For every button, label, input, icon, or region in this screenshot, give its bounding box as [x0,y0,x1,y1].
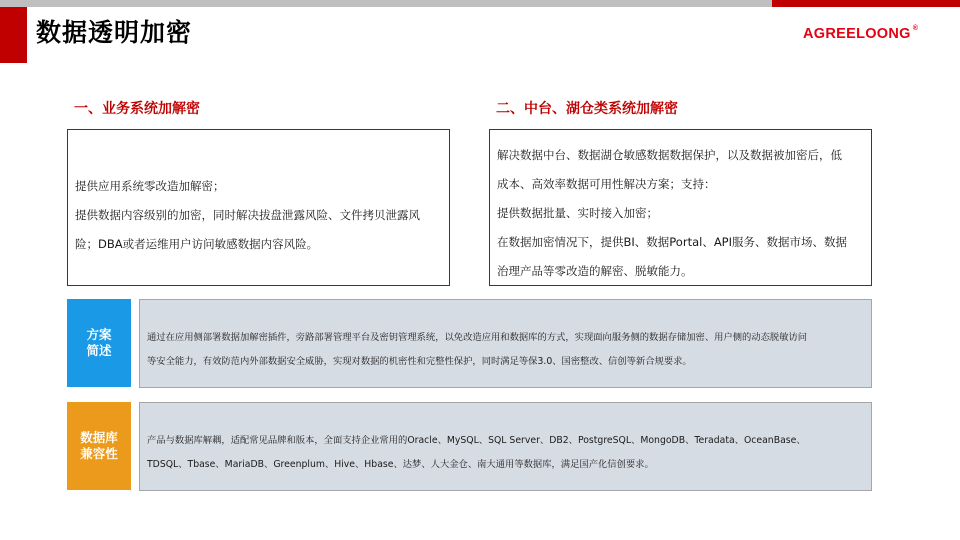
section-title-datalake: 二、中台、湖仓类系统加解密 [496,98,678,118]
brand-logo: AGREELOONG® [803,26,918,42]
datalake-line-2: 成本、高效率数据可用性解决方案；支持： [497,170,865,199]
top-bar-red [772,0,960,7]
business-encryption-box: 提供应用系统零改造加解密； 提供数据内容级别的加密，同时解决拔盘泄露风险、文件拷… [67,129,450,286]
db-compatibility-box: 产品与数据库解耦，适配常见品牌和版本，全面支持企业常用的Oracle、MySQL… [139,402,872,491]
datalake-line-5: 治理产品等零改造的解密、脱敏能力。 [497,257,865,286]
business-line-3: 险；DBA或者运维用户访问敏感数据内容风险。 [75,230,443,259]
tag-line: 数据库 [80,430,118,446]
solution-summary-tag: 方案 简述 [67,299,131,387]
datalake-line-3: 提供数据批量、实时接入加密； [497,199,865,228]
title-accent-block [0,7,27,63]
datalake-encryption-box: 解决数据中台、数据湖仓敏感数据数据保护，以及数据被加密后，低 成本、高效率数据可… [489,129,872,286]
db-compatibility-tag: 数据库 兼容性 [67,402,131,490]
top-bar-gray [0,0,772,7]
solution-summary-box: 通过在应用侧部署数据加解密插件，旁路部署管理平台及密钥管理系统，以免改造应用和数… [139,299,872,388]
registered-mark-icon: ® [913,25,918,32]
summary-line-1: 通过在应用侧部署数据加解密插件，旁路部署管理平台及密钥管理系统，以免改造应用和数… [147,326,863,350]
compat-line-2: TDSQL、Tbase、MariaDB、Greenplum、Hive、Hbase… [147,453,863,477]
datalake-line-1: 解决数据中台、数据湖仓敏感数据数据保护，以及数据被加密后，低 [497,141,865,170]
section-title-business: 一、业务系统加解密 [74,98,200,118]
brand-logo-text: AGREELOONG [803,26,911,42]
business-line-1: 提供应用系统零改造加解密； [75,172,443,201]
summary-line-2: 等安全能力，有效防范内外部数据安全威胁，实现对数据的机密性和完整性保护，同时满足… [147,350,863,374]
compat-line-1: 产品与数据库解耦，适配常见品牌和版本，全面支持企业常用的Oracle、MySQL… [147,429,863,453]
tag-line: 简述 [86,343,111,359]
tag-line: 方案 [86,327,111,343]
business-line-2: 提供数据内容级别的加密，同时解决拔盘泄露风险、文件拷贝泄露风 [75,201,443,230]
page-title: 数据透明加密 [36,16,192,50]
tag-line: 兼容性 [80,446,118,462]
datalake-line-4: 在数据加密情况下，提供BI、数据Portal、API服务、数据市场、数据 [497,228,865,257]
